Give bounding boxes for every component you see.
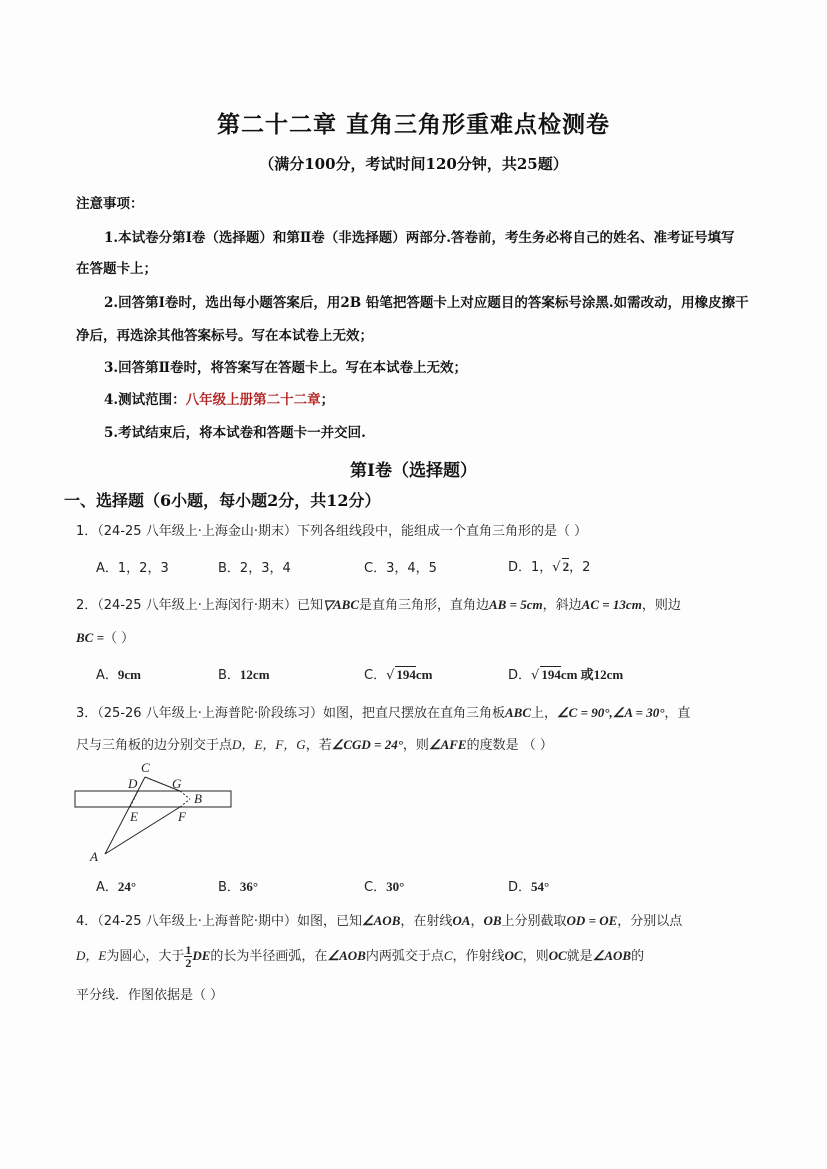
note-5: 5.考试结束后，将本试卷和答题卡一并交回. (104, 421, 366, 441)
expr-oc: OC (505, 948, 523, 963)
option-text: cm 或12cm (561, 667, 623, 682)
q2-option-b: B．12cm (218, 664, 270, 683)
question-stem: ，斜边 (543, 598, 582, 613)
question-number: 1． (76, 524, 97, 539)
option-label: D． (508, 880, 531, 895)
question-3-line-2: 尺与三角板的边分别交于点D，E，F，G，若∠CGD = 24°，则∠AFE的度数… (76, 734, 553, 753)
option-label: B． (218, 561, 240, 576)
note-4: 4.测试范围：八年级上册第二十二章； (104, 388, 334, 408)
question-stem: ，分别以点 (617, 914, 682, 929)
sqrt-radicand: 2 (562, 558, 570, 575)
note-3: 3.回答第Ⅱ卷时，将答案写在答题卡上。写在本试卷上无效； (104, 356, 467, 376)
q3-option-a: A．24° (96, 876, 136, 895)
option-text: 36° (240, 879, 258, 894)
question-stem: 下列各组线段中，能组成一个直角三角形的是（ ） (297, 524, 587, 539)
option-label: A． (96, 561, 118, 576)
question-2: 2．（24-25 八年级上·上海闵行·期末）已知▽ABC是直角三角形，直角边AB… (76, 594, 681, 613)
q2-option-a: A．9cm (96, 664, 141, 683)
label-g: G (172, 776, 182, 791)
option-text: 12cm (240, 667, 270, 682)
section-title: 第Ⅰ卷（选择题） (0, 456, 827, 481)
question-number: 2． (76, 598, 97, 613)
q1-option-a: A．1，2，3 (96, 557, 169, 576)
triangle-abc: ▽ABC (323, 597, 359, 612)
question-stem: 的度数是 （ ） (467, 738, 553, 753)
label-a: A (89, 849, 98, 864)
question-1: 1．（24-25 八年级上·上海金山·期末）下列各组线段中，能组成一个直角三角形… (76, 520, 587, 539)
question-4-line-2: D，E为圆心，大于12DE的长为半径画弧，在∠AOB内两弧交于点C，作射线OC，… (76, 944, 644, 969)
option-label: B． (218, 880, 240, 895)
q1-option-b: B．2，3，4 (218, 557, 291, 576)
expr-aob: ∠AOB (593, 948, 631, 963)
option-label: A． (96, 880, 118, 895)
note-1-line-1: 1.本试卷分第Ⅰ卷（选择题）和第Ⅱ卷（非选择题）两部分.答卷前，考生务必将自己的… (104, 226, 734, 246)
question-stem: 的长为半径画弧，在 (210, 949, 327, 964)
question-stem: 尺与三角板的边分别交于点 (76, 738, 232, 753)
expr-aob: ∠AOB (362, 913, 400, 928)
q2-option-c: C．√194cm (364, 664, 432, 683)
question-stem: 内两弧交于点 (366, 949, 444, 964)
note-2-line-2: 净后，再选涂其他答案标号。写在本试卷上无效； (76, 324, 373, 344)
question-source: （24-25 八年级上·上海普陀·期中） (97, 914, 297, 929)
note-2-line-1: 2.回答第Ⅰ卷时，选出每小题答案后，用2B 铅笔把答题卡上对应题目的答案标号涂黑… (104, 291, 749, 311)
notes-heading: 注意事项： (76, 192, 144, 212)
question-stem: ，则边 (642, 598, 681, 613)
question-stem: ，则 (403, 738, 429, 753)
q3-option-b: B．36° (218, 876, 258, 895)
option-text: cm (416, 667, 433, 682)
expr-ob: OB (483, 913, 501, 928)
sqrt-radicand: 194 (540, 666, 561, 683)
page-title: 第二十二章 直角三角形重难点检测卷 (0, 106, 827, 139)
question-stem: ，作射线 (453, 949, 505, 964)
sqrt-radicand: 194 (395, 666, 416, 683)
expr-de: DE (192, 948, 210, 963)
option-label: B． (218, 668, 240, 683)
expr-od-oe: OD = OE (567, 913, 618, 928)
expr-point-c: C (444, 948, 453, 963)
question-stem: 已知 (297, 598, 323, 613)
expr-bc: BC = (76, 630, 104, 645)
q1-option-c: C．3，4，5 (364, 557, 437, 576)
question-stem: 上， (531, 706, 557, 721)
question-stem: ，直 (664, 706, 690, 721)
expr-cgd: ∠CGD = 24° (332, 737, 403, 752)
q3-option-c: C．30° (364, 876, 404, 895)
question-stem: （ ） (104, 631, 134, 646)
ruler-triangle-figure: C D G B E F A (60, 755, 260, 870)
option-label: A． (96, 668, 118, 683)
note-4-suffix: ； (321, 392, 335, 408)
option-label: D． (508, 560, 531, 575)
expr-oc: OC (549, 948, 567, 963)
option-text: ，2 (569, 560, 590, 575)
question-stem: ，若 (306, 738, 332, 753)
expr-ab: AB = 5cm (489, 597, 543, 612)
option-text: 30° (386, 879, 404, 894)
question-stem: ，在射线 (400, 914, 452, 929)
option-label: D． (508, 668, 531, 683)
q2-option-d: D．√194cm 或12cm (508, 664, 623, 683)
expr-angles: ∠C = 90°,∠A = 30° (557, 705, 664, 720)
question-number: 4． (76, 914, 97, 929)
q3-option-d: D．54° (508, 876, 549, 895)
label-c: C (141, 760, 150, 775)
expr-points: D，E (76, 948, 106, 963)
option-text: 54° (531, 879, 549, 894)
option-label: C． (364, 880, 386, 895)
option-label: C． (364, 561, 386, 576)
label-b: B (194, 791, 202, 806)
part-heading: 一、选择题（6小题，每小题2分，共12分） (64, 488, 381, 511)
question-4-line-3: 平分线．作图依据是（ ） (76, 984, 223, 1003)
question-stem: 上分别截取 (502, 914, 567, 929)
question-stem: 就是 (567, 949, 593, 964)
question-stem: 如图，把直尺摆放在直角三角板 (323, 706, 505, 721)
question-source: （24-25 八年级上·上海金山·期末） (97, 524, 297, 539)
option-text: 24° (118, 879, 136, 894)
question-4: 4．（24-25 八年级上·上海普陀·期中）如图，已知∠AOB，在射线OA，OB… (76, 910, 682, 929)
question-source: （25-26 八年级上·上海普陀·阶段练习） (97, 706, 323, 721)
question-stem: ，则 (523, 949, 549, 964)
option-text: 9cm (118, 667, 141, 682)
option-text: 3，4，5 (386, 561, 437, 576)
note-4-prefix: 4.测试范围： (104, 392, 186, 408)
option-text: 2，3，4 (240, 561, 291, 576)
expr-points: D，E，F，G (232, 737, 306, 752)
label-e: E (129, 809, 138, 824)
label-f: F (177, 809, 187, 824)
note-1-line-2: 在答题卡上； (76, 257, 157, 277)
option-text: 1， (531, 560, 552, 575)
expr-oa: OA (452, 913, 470, 928)
expr-afe: ∠AFE (429, 737, 467, 752)
triangle-abc: ABC (505, 705, 531, 720)
q1-option-d: D．1，√2，2 (508, 556, 590, 575)
expr-aob: ∠AOB (327, 948, 365, 963)
option-label: C． (364, 668, 386, 683)
expr-ac: AC = 13cm (582, 597, 642, 612)
question-stem: 的 (631, 949, 644, 964)
question-stem: 如图，已知 (297, 914, 362, 929)
question-stem: 是直角三角形，直角边 (359, 598, 489, 613)
option-text: 1，2，3 (118, 561, 169, 576)
question-2-line-2: BC =（ ） (76, 627, 134, 646)
page-subtitle: （满分100分，考试时间120分钟，共25题） (0, 153, 827, 174)
question-3: 3．（25-26 八年级上·上海普陀·阶段练习）如图，把直尺摆放在直角三角板AB… (76, 702, 690, 721)
question-stem: ， (470, 914, 483, 929)
question-stem: 为圆心，大于 (106, 949, 184, 964)
question-number: 3． (76, 706, 97, 721)
question-source: （24-25 八年级上·上海闵行·期末） (97, 598, 297, 613)
label-d: D (127, 776, 138, 791)
test-scope-highlight: 八年级上册第二十二章 (186, 392, 321, 408)
